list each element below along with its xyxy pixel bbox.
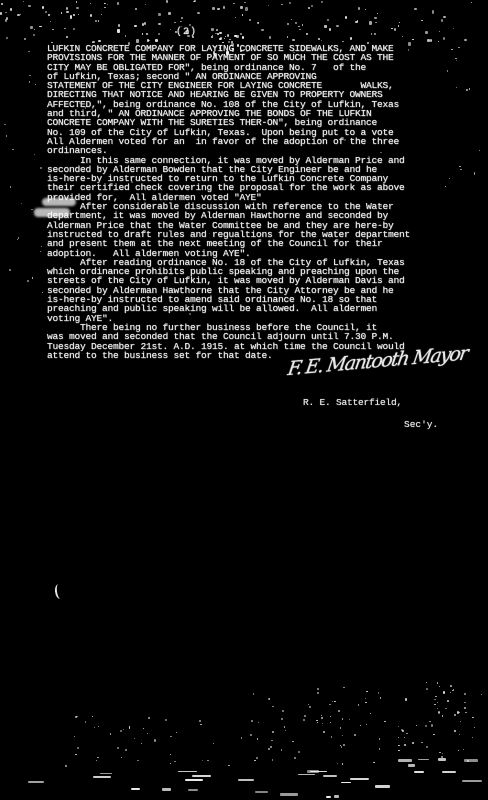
secretary-name: R. E. Satterfield, [303, 397, 402, 408]
page-number: (2) [176, 27, 197, 38]
scan-edge-dashes [0, 770, 488, 798]
minutes-body-text: LUFKIN CONCRETE COMPANY FOR LAYING CONCR… [47, 44, 453, 360]
scan-noise-bottom-right-band [250, 685, 485, 770]
secretary-title: Sec'y. [404, 419, 438, 430]
stray-ink-mark [54, 583, 65, 599]
scan-noise-bottom-left-band [15, 715, 355, 770]
scan-edge-dashes-right [398, 752, 488, 766]
scanned-minutes-page: (2) LUFKIN CONCRETE COMPANY FOR LAYING C… [0, 0, 488, 800]
scan-noise-top [0, 0, 488, 46]
scan-noise-left-margin [0, 48, 44, 348]
scan-noise-corner-tail [425, 678, 485, 720]
